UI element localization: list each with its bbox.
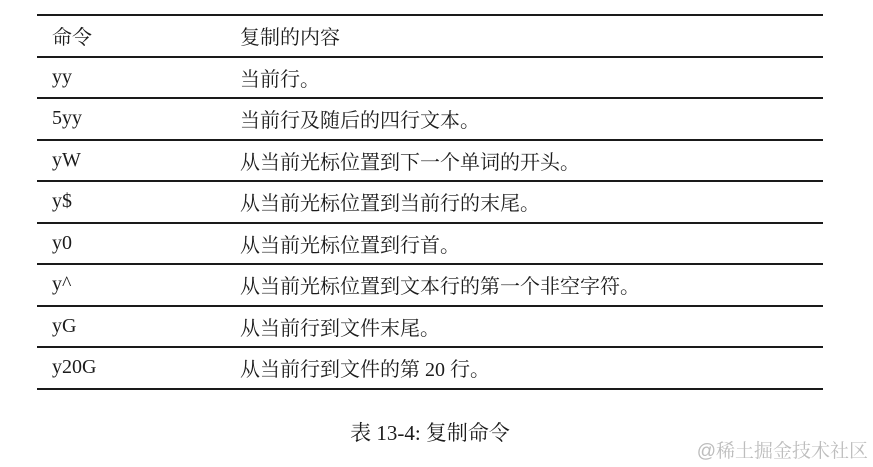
command-cell: yW xyxy=(37,149,240,172)
table-header-row: 命令 复制的内容 xyxy=(37,14,823,56)
description-cell: 从当前行到文件的第 20 行。 xyxy=(240,353,823,382)
command-cell: y20G xyxy=(37,356,240,379)
table-row: yy 当前行。 xyxy=(37,56,823,98)
description-cell: 当前行。 xyxy=(240,63,823,92)
description-cell: 从当前光标位置到当前行的末尾。 xyxy=(240,187,823,216)
copy-commands-table: 命令 复制的内容 yy 当前行。 5yy 当前行及随后的四行文本。 yW 从当前… xyxy=(37,14,823,390)
command-cell: y^ xyxy=(37,273,240,296)
column-header-command: 命令 xyxy=(37,21,240,50)
command-cell: yy xyxy=(37,66,240,89)
command-cell: y0 xyxy=(37,232,240,255)
watermark: @稀土掘金技术社区 xyxy=(697,436,868,463)
description-cell: 从当前光标位置到文本行的第一个非空字符。 xyxy=(240,270,823,299)
command-cell: 5yy xyxy=(37,107,240,130)
table-row: yW 从当前光标位置到下一个单词的开头。 xyxy=(37,139,823,181)
table-row: y0 从当前光标位置到行首。 xyxy=(37,222,823,264)
description-cell: 当前行及随后的四行文本。 xyxy=(240,104,823,133)
description-cell: 从当前光标位置到下一个单词的开头。 xyxy=(240,146,823,175)
command-cell: yG xyxy=(37,315,240,338)
column-header-content: 复制的内容 xyxy=(240,21,823,50)
description-cell: 从当前光标位置到行首。 xyxy=(240,229,823,258)
table-row: 5yy 当前行及随后的四行文本。 xyxy=(37,97,823,139)
table-row: yG 从当前行到文件末尾。 xyxy=(37,305,823,347)
description-cell: 从当前行到文件末尾。 xyxy=(240,312,823,341)
table-row: y20G 从当前行到文件的第 20 行。 xyxy=(37,346,823,388)
command-cell: y$ xyxy=(37,190,240,213)
table-row: y$ 从当前光标位置到当前行的末尾。 xyxy=(37,180,823,222)
table-row: y^ 从当前光标位置到文本行的第一个非空字符。 xyxy=(37,263,823,305)
